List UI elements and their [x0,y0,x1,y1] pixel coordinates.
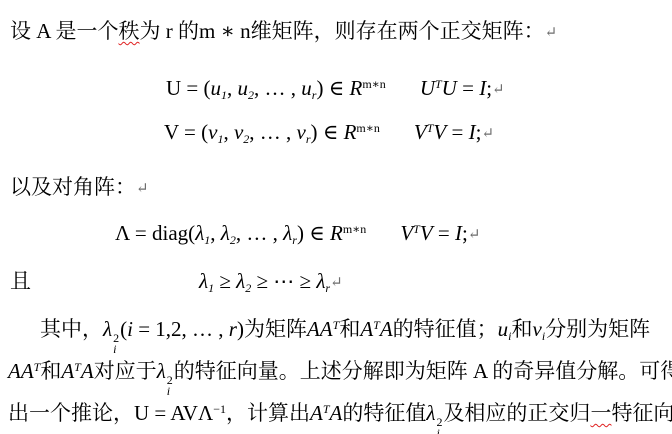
text-run: v1 [208,120,223,144]
text-base: 对应于 [94,359,157,383]
text-run: AAT [8,359,40,383]
superscript: T [413,222,420,236]
text-run: v2 [234,120,249,144]
formula-V-line: V = (v1, v2, … , vr) ∈ Rm∗nVTV = I;↵ [164,119,494,147]
text-run: V = ( [164,120,208,144]
text-base: λ [199,269,208,293]
text-base: ) ∈ [311,120,344,144]
text-base: 特征向量 [611,401,672,425]
text-base: 出一个推论， [8,401,134,425]
paragraph-line-3: 出一个推论，U = AVΛ−1，计算出ATA的特征值λ2i及相应的正交归一特征向… [8,400,672,434]
text-run: λr [316,269,330,293]
text-run: 及相应的正交归 [443,401,590,425]
text-base: ) ∈ [316,76,349,100]
superscript: −1 [213,402,226,416]
text-run: AT [310,401,330,425]
text-run: , … , [249,120,296,144]
text-run: 分别为矩阵 [545,317,650,341]
text-base: A [310,401,323,425]
text-base: λ [236,269,245,293]
text-base: U = AVΛ [134,401,213,425]
text-base: 且 [10,269,31,293]
text-run: λ1 [199,269,214,293]
sub-sup-script: 2i [167,375,173,398]
ordering-line: 且λ1 ≥ λ2 ≥ ⋯ ≥ λr↵ [10,268,343,296]
text-run: ) ∈ [297,221,330,245]
text-base: Λ = diag( [115,221,195,245]
text-base: ) ∈ [297,221,330,245]
text-base: 的特征值 [342,401,426,425]
text-run: Λ = diag( [115,221,195,245]
text-base: A [360,317,373,341]
paragraph-return-icon: ↵ [330,275,343,291]
text-run: V [420,221,433,245]
text-run: 特征向量 [611,401,672,425]
text-base: = 1,2, … , [133,317,229,341]
text-base: A [61,359,74,383]
text-run: 的特征向量。上述分解即为矩阵 A 的奇异值分解。可得 [174,359,672,383]
text-base: ) [237,317,244,341]
text-base: = [433,221,455,245]
diagonal-intro-line: 以及对角阵：↵ [10,174,149,200]
misspelled-text: 一 [590,401,611,425]
text-base: λ [283,221,292,245]
text-base: AA [8,359,34,383]
paragraph-return-icon: ↵ [468,227,481,243]
sub-sup-script: 2i [113,333,119,356]
text-run: VT [400,221,420,245]
text-base: v [234,120,243,144]
paragraph-line-2: AAT和ATA对应于λ2i的特征向量。上述分解即为矩阵 A 的奇异值分解。可得 [8,358,672,398]
text-base: 的特征向量。上述分解即为矩阵 A 的奇异值分解。可得 [174,359,672,383]
document-page: 设 A 是一个秩为 r 的m ∗ n维矩阵，则存在两个正交矩阵：↵U = (u1… [0,0,672,434]
text-base: 分别为矩阵 [545,317,650,341]
text-run: 且 [10,269,31,293]
text-base: A [81,359,94,383]
text-run: U [442,76,457,100]
text-base: , … , [254,76,301,100]
text-base: λ [195,221,204,245]
sub-sup-script: 2i [436,417,442,434]
text-run: , … , [254,76,301,100]
text-base: ≥ [214,269,236,293]
text-base: 其中， [40,317,103,341]
text-base: V [433,120,446,144]
text-run: 以及对角阵： [10,175,136,199]
text-run: A [81,359,94,383]
text-run: λ1 [195,221,210,245]
text-base: , [210,221,221,245]
text-run: ，计算出 [226,401,310,425]
paragraph-return-icon: ↵ [136,181,149,197]
text-base: u [498,317,509,341]
text-run: vi [533,317,546,341]
text-run: ui [498,317,512,341]
text-run: Rm∗n [330,221,366,245]
text-run: = [433,221,455,245]
text-run: vr [297,120,311,144]
text-run: ≥ [214,269,236,293]
subscript: i [167,386,170,397]
superscript: m∗n [356,121,380,135]
text-base: V [414,120,427,144]
text-base: 及相应的正交归 [443,401,590,425]
text-base: , [227,76,238,100]
text-base: U = ( [166,76,211,100]
text-run: Rm∗n [349,76,385,100]
text-base: u [238,76,249,100]
text-run: UT [420,76,442,100]
text-base: λ [426,401,435,425]
text-base: V [400,221,413,245]
text-base: 秩 [119,19,140,43]
subscript: i [436,428,439,434]
text-base: R [349,76,362,100]
superscript: T [435,77,442,91]
text-run: λ2i [426,401,443,425]
text-run: λ2 [236,269,251,293]
text-base: AA [307,317,333,341]
text-run: ) [237,317,244,341]
text-run: ) ∈ [316,76,349,100]
text-base: λ [157,359,166,383]
text-base: ≥ ⋯ ≥ [251,269,316,293]
text-base: A [330,401,343,425]
text-base: U [442,76,457,100]
superscript: T [74,360,81,374]
text-run: ≥ ⋯ ≥ [251,269,316,293]
text-run: 和 [339,317,360,341]
text-base: I [455,221,462,245]
text-run: λr [283,221,297,245]
text-run: , [223,120,234,144]
text-base: λ [103,317,112,341]
text-run: A [380,317,393,341]
text-base: 设 A 是一个 [10,19,119,43]
text-run: , [210,221,221,245]
text-run: , … , [236,221,283,245]
text-run: 其中， [40,317,103,341]
text-run: 对应于 [94,359,157,383]
text-base: = [446,120,468,144]
text-run: U = AVΛ−1 [134,401,226,425]
text-base: ，计算出 [226,401,310,425]
text-run: V [433,120,446,144]
text-run: 出一个推论， [8,401,134,425]
text-run: ur [301,76,316,100]
text-run: I [455,221,462,245]
text-base: V [420,221,433,245]
text-run: VT [414,120,434,144]
paragraph-return-icon: ↵ [492,82,505,98]
text-base: , … , [236,221,283,245]
superscript: m∗n [362,77,386,91]
subscript: i [113,344,116,355]
text-base: 和 [40,359,61,383]
text-run: λ2i [103,317,120,341]
text-run: λ2 [221,221,236,245]
text-base: , [223,120,234,144]
text-run: AT [61,359,81,383]
text-base: λ [221,221,230,245]
text-run: U = ( [166,76,211,100]
text-run: 的特征值 [342,401,426,425]
text-base: 为 r 的m ∗ n维矩阵，则存在两个正交矩阵： [140,19,545,43]
text-base: 一 [590,401,611,425]
text-base: u [301,76,312,100]
text-base: r [229,317,237,341]
text-run: I [469,120,476,144]
text-run: Rm∗n [344,120,380,144]
text-base: u [211,76,222,100]
text-run: 和 [512,317,533,341]
paragraph-return-icon: ↵ [545,25,558,41]
formula-Lambda-line: Λ = diag(λ1, λ2, … , λr) ∈ Rm∗nVTV = I;↵ [115,220,480,248]
superscript: m∗n [343,222,367,236]
text-base: v [297,120,306,144]
text-base: 的特征值； [393,317,498,341]
text-base: U [420,76,435,100]
text-run: AT [360,317,380,341]
text-run: AAT [307,317,339,341]
text-run: λ2i [157,359,174,383]
text-base: 和 [512,317,533,341]
text-base: v [533,317,542,341]
text-run: A [330,401,343,425]
text-base: R [344,120,357,144]
text-run: u1 [211,76,228,100]
text-base: = [457,76,479,100]
misspelled-text: 秩 [119,19,140,43]
text-base: I [469,120,476,144]
text-base: A [380,317,393,341]
text-run: 设 A 是一个 [10,19,119,43]
text-run: r [229,317,237,341]
text-run: u2 [238,76,255,100]
text-run: = 1,2, … , [133,317,229,341]
text-run: = [457,76,479,100]
text-base: V = ( [164,120,208,144]
text-base: 为矩阵 [244,317,307,341]
text-base: 以及对角阵： [10,175,136,199]
text-run: , [227,76,238,100]
text-run: = [446,120,468,144]
text-base: , … , [249,120,296,144]
text-run: 为矩阵 [244,317,307,341]
text-base: R [330,221,343,245]
paragraph-line-1: 其中，λ2i(i = 1,2, … , r)为矩阵AAT和ATA的特征值；ui和… [40,316,650,356]
text-run: ) ∈ [311,120,344,144]
text-run: 为 r 的m ∗ n维矩阵，则存在两个正交矩阵： [140,19,545,43]
superscript: T [323,402,330,416]
superscript: T [373,318,380,332]
text-base: 和 [339,317,360,341]
intro-line: 设 A 是一个秩为 r 的m ∗ n维矩阵，则存在两个正交矩阵：↵ [10,18,557,44]
formula-U-line: U = (u1, u2, … , ur) ∈ Rm∗nUTU = I;↵ [166,75,505,103]
text-run: 和 [40,359,61,383]
paragraph-return-icon: ↵ [481,126,494,142]
text-run: 的特征值； [393,317,498,341]
